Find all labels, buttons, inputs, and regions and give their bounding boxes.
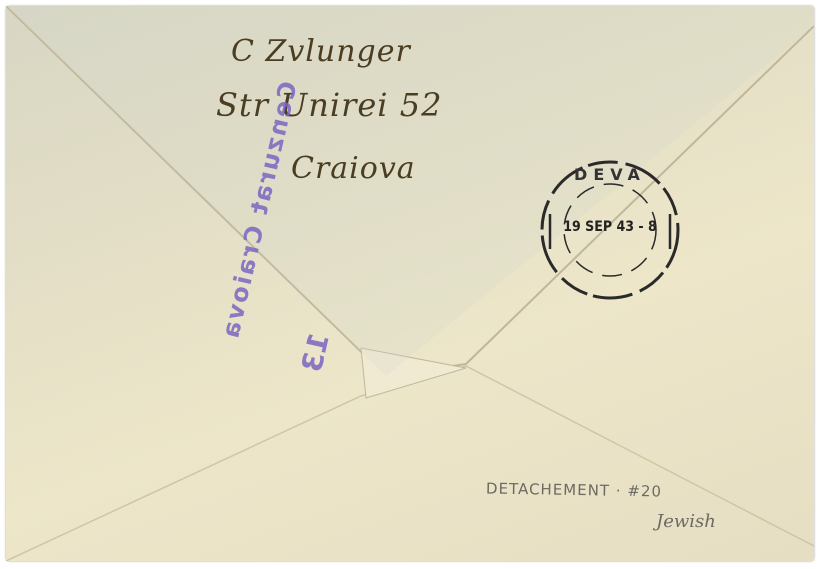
envelope-back: C Zvlunger Str Unirei 52 Craiova DEVA 19… [6,6,814,561]
postmark-date: 19 SEP 43 - 8 [536,219,684,235]
return-address-city: Craiova [291,151,416,186]
postmark-town: DEVA [536,165,684,184]
postmark: DEVA 19 SEP 43 - 8 [536,159,684,301]
pencil-note-jewish: Jewish [656,511,716,532]
pencil-note-detachment: DETACHEMENT · #20 [486,479,662,500]
return-address-street: Str Unirei 52 [216,86,442,124]
return-address-name: C Zvlunger [231,34,411,69]
